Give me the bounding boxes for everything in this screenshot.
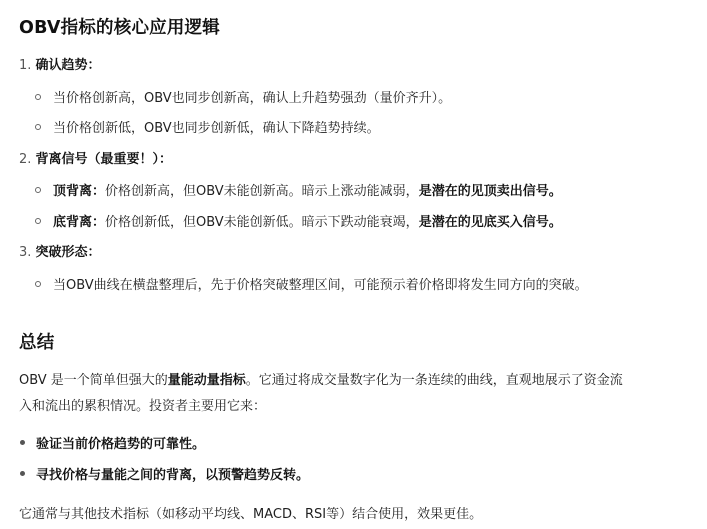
list-item-label: 确认趋势：: [36, 58, 101, 73]
sub-item-emphasis: 是潜在的见底买入信号。: [419, 215, 562, 230]
circle-bullet-icon: [35, 218, 41, 224]
list-item-breakout: 3. 突破形态：: [19, 244, 101, 262]
bullet-dot-icon: [20, 471, 25, 476]
sub-item-text: 当价格创新低，OBV也同步创新低，确认下降趋势持续。: [53, 121, 380, 136]
paragraph-emphasis: 量能动量指标: [168, 373, 246, 388]
paragraph-text: 它通常与其他技术指标（如移动平均线、MACD、RSI等）结合使用，效果更佳。: [19, 507, 482, 522]
list-item-divergence: 2. 背离信号（最重要！）：: [19, 151, 172, 169]
sub-item-lead: 底背离: [53, 215, 92, 230]
sub-item-text: 当价格创新高，OBV也同步创新高，确认上升趋势强劲（量价齐升）。: [53, 91, 451, 106]
circle-bullet-icon: [35, 281, 41, 287]
circle-bullet-icon: [35, 94, 41, 100]
sub-item-lead: 顶背离: [53, 184, 92, 199]
sub-list-item-bottom-divergence: 底背离：价格创新低，但OBV未能创新低。暗示下跌动能衰竭，是潜在的见底买入信号。: [35, 214, 562, 232]
sub-list-item-top-divergence: 顶背离：价格创新高，但OBV未能创新高。暗示上涨动能减弱，是潜在的见顶卖出信号。: [35, 183, 562, 201]
sub-item-colon: ：: [92, 184, 105, 199]
list-item-confirm-trend: 1. 确认趋势：: [19, 57, 101, 75]
paragraph-text: 。它通过将成交量数字化为一条连续的曲线，直观地展示了资金流: [246, 373, 623, 388]
bullet-dot-icon: [20, 440, 25, 445]
sub-item-text: 价格创新高，但OBV未能创新高。暗示上涨动能减弱，: [105, 184, 419, 199]
sub-list-item: 当价格创新低，OBV也同步创新低，确认下降趋势持续。: [35, 120, 380, 138]
sub-item-colon: ：: [92, 215, 105, 230]
circle-bullet-icon: [35, 124, 41, 130]
sub-item-text: 当OBV曲线在横盘整理后，先于价格突破整理区间，可能预示着价格即将发生同方向的突…: [53, 278, 588, 293]
sub-list-item: 当价格创新高，OBV也同步创新高，确认上升趋势强劲（量价齐升）。: [35, 90, 451, 108]
paragraph-text: 入和流出的累积情况。投资者主要用它来：: [19, 399, 266, 414]
section-heading-obv-logic: OBV指标的核心应用逻辑: [19, 14, 220, 39]
bullet-text: 验证当前价格趋势的可靠性。: [36, 437, 205, 452]
list-item-label: 背离信号（最重要！）：: [36, 152, 173, 167]
bullet-item: 寻找价格与量能之间的背离，以预警趋势反转。: [20, 467, 309, 485]
summary-paragraph-line-1: OBV 是一个简单但强大的量能动量指标。它通过将成交量数字化为一条连续的曲线，直…: [19, 372, 623, 390]
circle-bullet-icon: [35, 187, 41, 193]
summary-paragraph-line-2: 入和流出的累积情况。投资者主要用它来：: [19, 398, 266, 416]
bullet-item: 验证当前价格趋势的可靠性。: [20, 436, 205, 454]
sub-item-text: 价格创新低，但OBV未能创新低。暗示下跌动能衰竭，: [105, 215, 419, 230]
list-item-label: 突破形态：: [36, 245, 101, 260]
paragraph-text: OBV 是一个简单但强大的: [19, 373, 168, 388]
list-number: 2.: [19, 152, 31, 167]
sub-list-item: 当OBV曲线在横盘整理后，先于价格突破整理区间，可能预示着价格即将发生同方向的突…: [35, 277, 588, 295]
list-number: 3.: [19, 245, 31, 260]
sub-item-emphasis: 是潜在的见顶卖出信号。: [419, 184, 562, 199]
section-heading-summary: 总结: [19, 329, 54, 354]
list-number: 1.: [19, 58, 31, 73]
closing-paragraph: 它通常与其他技术指标（如移动平均线、MACD、RSI等）结合使用，效果更佳。: [19, 506, 482, 524]
bullet-text: 寻找价格与量能之间的背离，以预警趋势反转。: [36, 468, 309, 483]
